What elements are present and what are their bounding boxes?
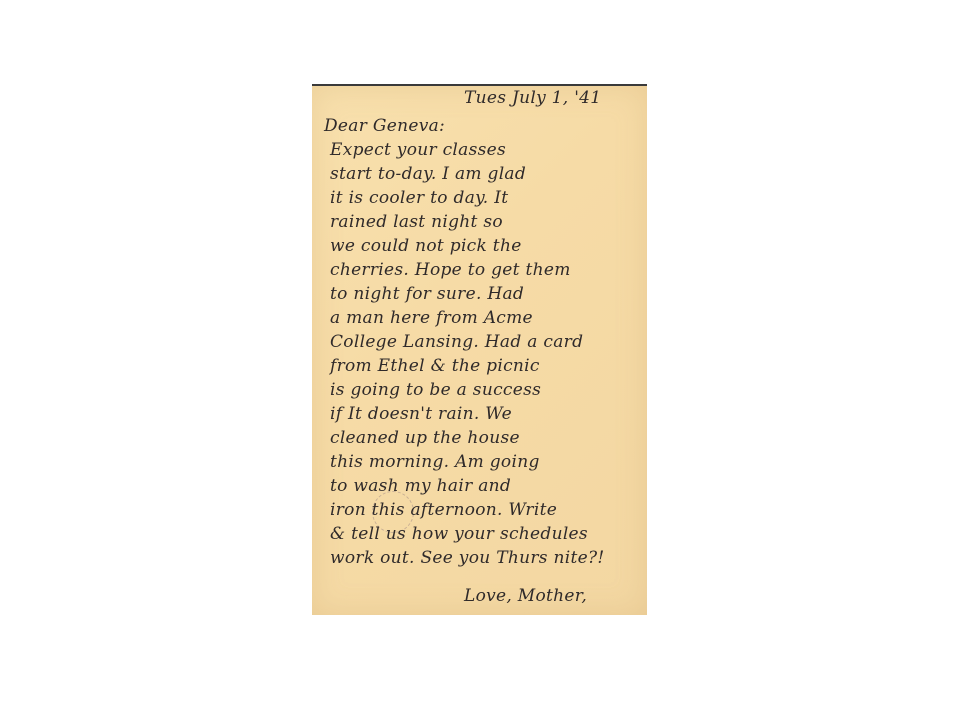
- letter-line: to night for sure. Had: [330, 284, 524, 304]
- letter-line: it is cooler to day. It: [330, 188, 508, 208]
- letter-closing: Love, Mother,: [464, 586, 587, 606]
- letter-line: to wash my hair and: [330, 476, 511, 496]
- letter-line: cherries. Hope to get them: [330, 260, 571, 280]
- letter-line: a man here from Acme: [330, 308, 533, 328]
- letter-line: start to-day. I am glad: [330, 164, 526, 184]
- letter-line: this morning. Am going: [330, 452, 540, 472]
- postcard: Tues July 1, '41 Dear Geneva: Expect you…: [312, 84, 647, 615]
- letter-line: & tell us how your schedules: [330, 524, 588, 544]
- letter-line: cleaned up the house: [330, 428, 520, 448]
- letter-line: College Lansing. Had a card: [330, 332, 583, 352]
- letter-line: we could not pick the: [330, 236, 522, 256]
- letter-line: work out. See you Thurs nite?!: [330, 548, 605, 568]
- letter-line: iron this afternoon. Write: [330, 500, 557, 520]
- letter-line: rained last night so: [330, 212, 503, 232]
- letter-line: is going to be a success: [330, 380, 541, 400]
- letter-salutation: Dear Geneva:: [324, 116, 445, 136]
- letter-line: Expect your classes: [330, 140, 506, 160]
- letter-date: Tues July 1, '41: [464, 88, 601, 108]
- letter-line: if It doesn't rain. We: [330, 404, 512, 424]
- letter-line: from Ethel & the picnic: [330, 356, 540, 376]
